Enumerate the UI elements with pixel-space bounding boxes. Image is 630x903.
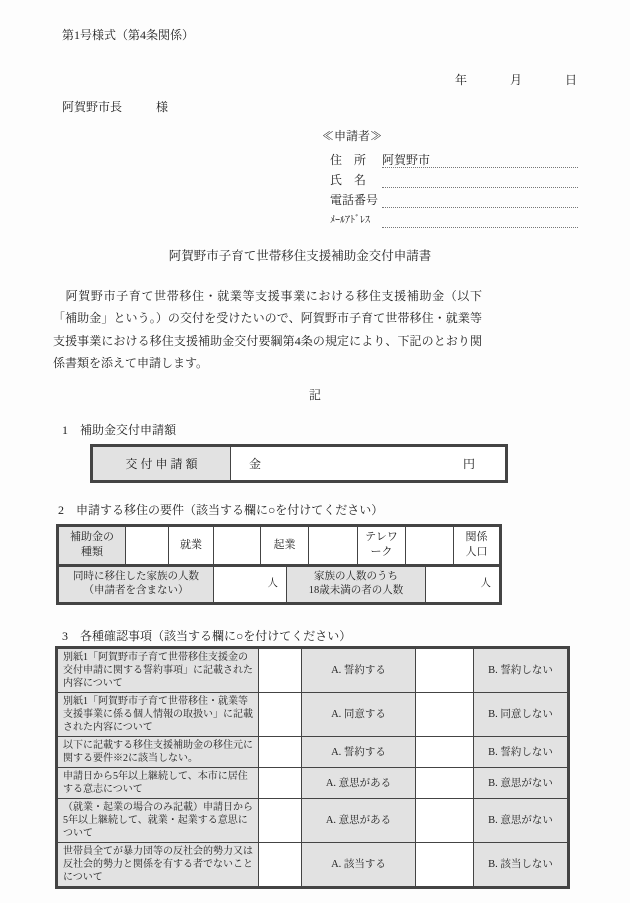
option-b-cell: B. 誓約しない <box>474 737 568 768</box>
email-label: ﾒｰﾙｱﾄﾞﾚｽ <box>330 214 382 228</box>
amount-suffix: 円 <box>463 455 475 472</box>
applicant-heading: ≪申請者≫ <box>322 127 382 144</box>
date-month-label: 月 <box>510 71 522 88</box>
option-a-cell: A. 同意する <box>302 693 416 737</box>
family-count-entry-cell[interactable]: 人 <box>214 566 287 602</box>
applicant-address-row: 住 所 阿賀野市 <box>330 148 578 168</box>
relocation-requirements-table: 補助金の 種類 就業 起業 テレワ ーク 関係 人口 同時に移住した家族の人数 … <box>56 524 502 605</box>
circle-entry-cell-a[interactable] <box>259 768 302 799</box>
option-b-cell: B. 誓約しない <box>474 649 568 693</box>
grant-amount-table: 交 付 申 請 額 金 円 <box>90 444 508 483</box>
addressee-honorific: 様 <box>156 98 168 115</box>
description-cell: 申請日から5年以上継続して、本市に居住する意志について <box>58 768 259 799</box>
grant-amount-entry-cell[interactable]: 金 円 <box>231 447 506 481</box>
section1-heading: 1 補助金交付申請額 <box>62 421 176 438</box>
address-label: 住 所 <box>330 151 382 168</box>
date-year-label: 年 <box>455 71 467 88</box>
option-a-cell: A. 意思がある <box>302 799 416 843</box>
subsidy-type-label-cell: 補助金の 種類 <box>59 527 126 565</box>
minors-count-label-cell: 家族の人数のうち 18歳未満の者の人数 <box>287 566 426 602</box>
phone-label: 電話番号 <box>330 191 382 208</box>
circle-entry-cell-employment[interactable] <box>126 527 169 565</box>
circle-entry-cell-b[interactable] <box>416 843 474 887</box>
application-form-page: 第1号様式（第4条関係） 年 月 日 阿賀野市長 様 ≪申請者≫ 住 所 阿賀野… <box>0 0 630 903</box>
circle-entry-cell-b[interactable] <box>416 649 474 693</box>
option-a-cell: A. 該当する <box>302 843 416 887</box>
confirmation-row-origin-requirement: 以下に記載する移住支援補助金の移住元に関する要件※2に該当しない。 A. 誓約す… <box>58 737 568 768</box>
subsidy-type-row: 補助金の 種類 就業 起業 テレワ ーク 関係 人口 <box>59 527 500 565</box>
circle-entry-cell-a[interactable] <box>259 843 302 887</box>
option-a-cell: A. 誓約する <box>302 737 416 768</box>
amount-prefix: 金 <box>249 455 261 472</box>
option-related-population: 関係 人口 <box>454 527 500 565</box>
name-label: 氏 名 <box>330 171 382 188</box>
option-employment: 就業 <box>169 527 214 565</box>
description-cell: 別紙1「阿賀野市子育て世帯移住・就業等支援事業に係る個人情報の取扱い」に記載され… <box>58 693 259 737</box>
email-field[interactable] <box>382 212 578 228</box>
document-title: 阿賀野市子育て世帯移住支援補助金交付申請書 <box>0 246 600 264</box>
circle-entry-cell-a[interactable] <box>259 737 302 768</box>
option-b-cell: B. 該当しない <box>474 843 568 887</box>
applicant-phone-row: 電話番号 <box>330 188 578 208</box>
circle-entry-cell-b[interactable] <box>416 768 474 799</box>
family-count-label-cell: 同時に移住した家族の人数 （申請者を含まない） <box>59 566 214 602</box>
circle-entry-cell-a[interactable] <box>259 799 302 843</box>
option-b-cell: B. 意思がない <box>474 768 568 799</box>
confirmation-row-residence-intent: 申請日から5年以上継続して、本市に居住する意志について A. 意思がある B. … <box>58 768 568 799</box>
description-cell: 世帯員全てが暴力団等の反社会的勢力又は反社会的勢力と関係を有する者でないことにつ… <box>58 843 259 887</box>
option-a-cell: A. 誓約する <box>302 649 416 693</box>
circle-entry-cell-a[interactable] <box>259 649 302 693</box>
form-number: 第1号様式（第4条関係） <box>62 26 194 43</box>
circle-entry-cell-telework[interactable] <box>309 527 358 565</box>
section3-heading: 3 各種確認事項（該当する欄に○を付けてください） <box>62 627 351 644</box>
body-paragraph: 阿賀野市子育て世帯移住・就業等支援事業における移住支援補助金（以下「補助金」とい… <box>53 285 482 374</box>
confirmation-row-personal-info: 別紙1「阿賀野市子育て世帯移住・就業等支援事業に係る個人情報の取扱い」に記載され… <box>58 693 568 737</box>
circle-entry-cell-b[interactable] <box>416 799 474 843</box>
description-cell: 以下に記載する移住支援補助金の移住元に関する要件※2に該当しない。 <box>58 737 259 768</box>
name-field[interactable] <box>382 172 578 188</box>
addressee-name: 阿賀野市長 <box>62 98 122 115</box>
confirmation-items-table: 別紙1「阿賀野市子育て世帯移住支援金の交付申請に関する誓約事項」に記載された内容… <box>55 646 570 889</box>
ki-marker: 記 <box>0 386 630 403</box>
applicant-name-row: 氏 名 <box>330 168 578 188</box>
phone-field[interactable] <box>382 192 578 208</box>
option-startup: 起業 <box>261 527 309 565</box>
circle-entry-cell-b[interactable] <box>416 693 474 737</box>
option-b-cell: B. 意思がない <box>474 799 568 843</box>
address-field[interactable]: 阿賀野市 <box>382 152 578 168</box>
circle-entry-cell-b[interactable] <box>416 737 474 768</box>
family-count-row-table: 同時に移住した家族の人数 （申請者を含まない） 人 家族の人数のうち 18歳未満… <box>58 566 500 603</box>
circle-entry-cell-related-population[interactable] <box>406 527 454 565</box>
confirmation-row-pledge-content: 別紙1「阿賀野市子育て世帯移住支援金の交付申請に関する誓約事項」に記載された内容… <box>58 649 568 693</box>
circle-entry-cell-startup[interactable] <box>214 527 261 565</box>
subsidy-type-row-table: 補助金の 種類 就業 起業 テレワ ーク 関係 人口 <box>58 526 500 566</box>
section2-heading: 2 申請する移住の要件（該当する欄に○を付けてください） <box>58 501 383 518</box>
minors-count-entry-cell[interactable]: 人 <box>426 566 500 602</box>
description-cell: 別紙1「阿賀野市子育て世帯移住支援金の交付申請に関する誓約事項」に記載された内容… <box>58 649 259 693</box>
option-a-cell: A. 意思がある <box>302 768 416 799</box>
applicant-email-row: ﾒｰﾙｱﾄﾞﾚｽ <box>330 208 578 228</box>
family-count-row: 同時に移住した家族の人数 （申請者を含まない） 人 家族の人数のうち 18歳未満… <box>59 566 500 602</box>
addressee-line: 阿賀野市長 様 <box>62 98 168 115</box>
grant-amount-label-cell: 交 付 申 請 額 <box>93 447 231 481</box>
option-b-cell: B. 同意しない <box>474 693 568 737</box>
date-day-label: 日 <box>565 71 577 88</box>
confirmation-row-antisocial-forces: 世帯員全てが暴力団等の反社会的勢力又は反社会的勢力と関係を有する者でないことにつ… <box>58 843 568 887</box>
option-telework: テレワ ーク <box>358 527 406 565</box>
circle-entry-cell-a[interactable] <box>259 693 302 737</box>
description-cell: （就業・起業の場合のみ記載）申請日から5年以上継続して、就業・起業する意思につい… <box>58 799 259 843</box>
confirmation-row-work-intent: （就業・起業の場合のみ記載）申請日から5年以上継続して、就業・起業する意思につい… <box>58 799 568 843</box>
